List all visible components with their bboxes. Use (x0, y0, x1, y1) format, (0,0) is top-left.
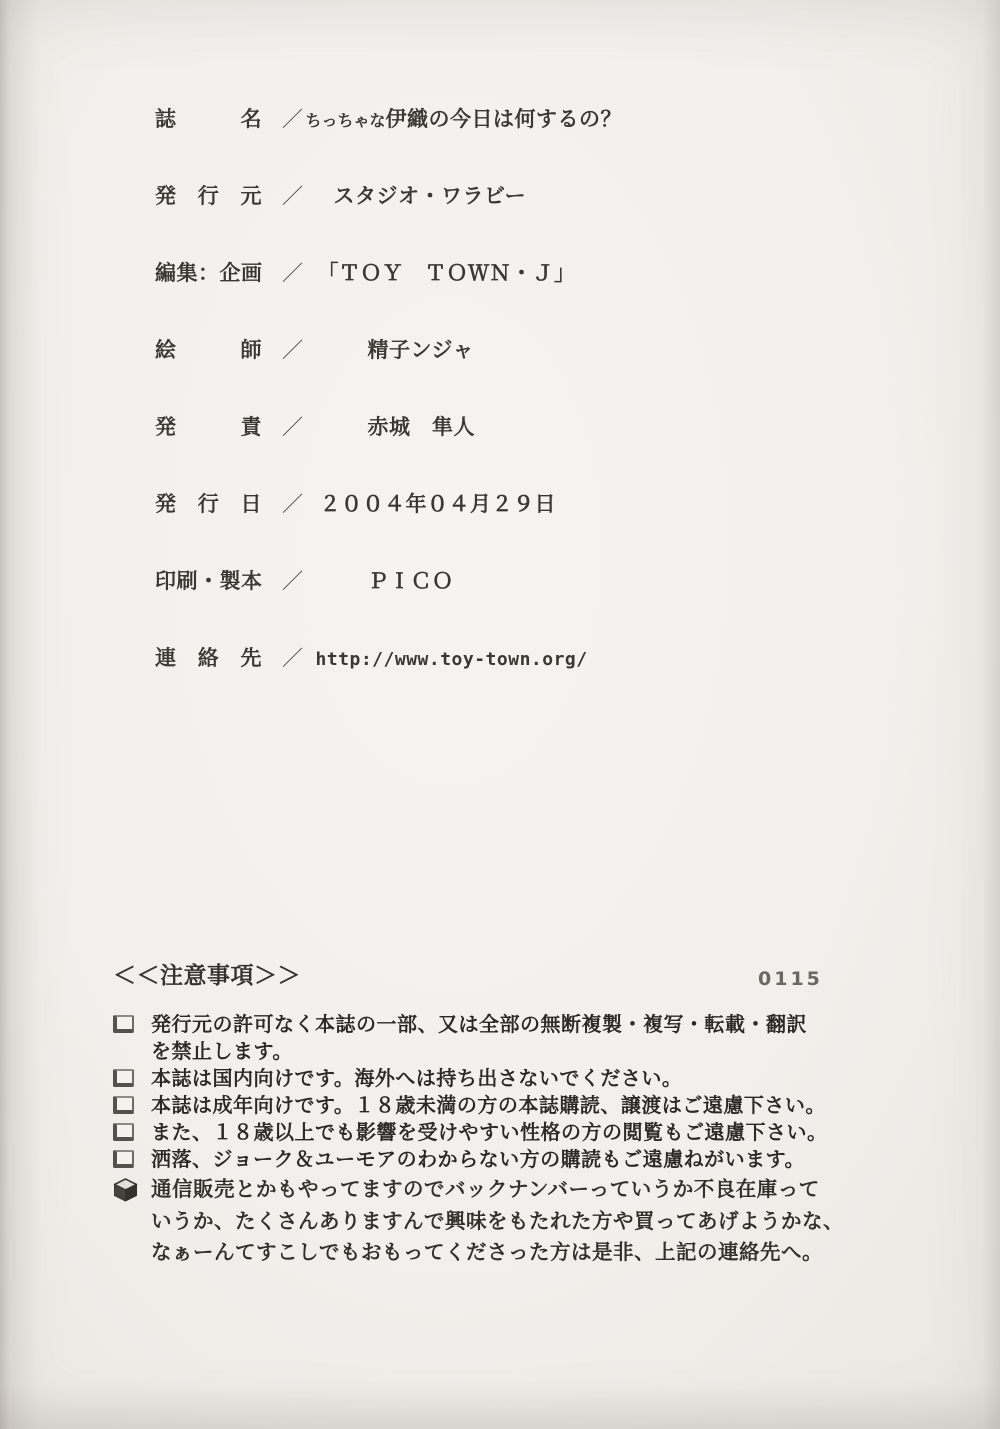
notice-item-mailorder: 通信販売とかもやってますのでバックナンバーっていうか不良在庫って いうか、たくさ… (113, 1174, 883, 1269)
scanned-colophon-page: 誌名 ／ ちっちゃな伊織の今日は何するの？ 発行元 ／ スタジオ・ワラビー 編集… (0, 0, 1000, 1429)
title-prefix: ちっちゃな (306, 111, 386, 130)
slash-separator: ／ (282, 565, 304, 595)
checkbox-icon (113, 1015, 134, 1033)
colophon-row-artist: 絵師 ／ 精子ンジャ (155, 334, 622, 358)
notice-text: また、１８歳以上でも影響を受けやすい性格の方の閲覧もご遠慮下さい。 (151, 1120, 863, 1147)
checkbox-icon (113, 1150, 134, 1168)
responsible-name: 赤城 隼人 (304, 411, 476, 441)
slash-separator: ／ (282, 488, 304, 518)
editing-group: 「ＴＯＹ ＴＯＷＮ・Ｊ」 (304, 257, 576, 287)
colophon-row-printer: 印刷・製本 ／ ＰＩＣＯ (155, 565, 622, 589)
colophon-label: 誌名 (155, 103, 262, 133)
checkbox-icon (113, 1069, 134, 1087)
checkbox-icon (113, 1123, 134, 1141)
colophon-block: 誌名 ／ ちっちゃな伊織の今日は何するの？ 発行元 ／ スタジオ・ワラビー 編集… (155, 103, 622, 719)
slash-separator: ／ (282, 642, 304, 672)
notice-text: 発行元の許可なく本誌の一部、又は全部の無断複製・複写・転載・翻訳 を禁止します。 (151, 1012, 863, 1066)
colophon-label: 連絡先 (155, 642, 262, 672)
notice-item: 本誌は国内向けです。海外へは持ち出さないでください。 (113, 1066, 883, 1093)
checkbox-icon (113, 1096, 134, 1114)
slash-separator: ／ (282, 257, 304, 287)
colophon-label: 発行日 (155, 488, 262, 518)
publisher-name: スタジオ・ワラビー (304, 180, 527, 210)
notice-text: 本誌は国内向けです。海外へは持ち出さないでください。 (151, 1066, 863, 1093)
magazine-title: ちっちゃな伊織の今日は何するの？ (304, 103, 623, 133)
slash-separator: ／ (282, 411, 304, 441)
colophon-label: 発行元 (155, 180, 262, 210)
notice-item: 洒落、ジョーク＆ユーモアのわからない方の購読もご遠慮ねがいます。 (113, 1147, 883, 1174)
colophon-label: 編集：企画 (155, 257, 262, 287)
notice-list: 発行元の許可なく本誌の一部、又は全部の無断複製・複写・転載・翻訳 を禁止します。… (113, 1012, 883, 1269)
notice-item: また、１８歳以上でも影響を受けやすい性格の方の閲覧もご遠慮下さい。 (113, 1120, 883, 1147)
colophon-row-title: 誌名 ／ ちっちゃな伊織の今日は何するの？ (155, 103, 622, 127)
notice-text: 洒落、ジョーク＆ユーモアのわからない方の購読もご遠慮ねがいます。 (151, 1147, 863, 1174)
slash-separator: ／ (282, 180, 304, 210)
notice-text: 通信販売とかもやってますのでバックナンバーっていうか不良在庫って いうか、たくさ… (151, 1174, 863, 1269)
colophon-row-pubdate: 発行日 ／ ２００４年０４月２９日 (155, 488, 622, 512)
colophon-label: 絵師 (155, 334, 262, 364)
page-number: 0115 (758, 968, 823, 990)
colophon-row-contact: 連絡先 ／ http://www.toy-town.org/ (155, 642, 622, 666)
printer-name: ＰＩＣＯ (304, 565, 454, 595)
colophon-row-responsible: 発責 ／ 赤城 隼人 (155, 411, 622, 435)
publication-date: ２００４年０４月２９日 (304, 488, 557, 518)
cube-icon (113, 1178, 138, 1202)
notice-item: 発行元の許可なく本誌の一部、又は全部の無断複製・複写・転載・翻訳 を禁止します。 (113, 1012, 883, 1066)
notice-block: ＜＜注意事項＞＞ 0115 発行元の許可なく本誌の一部、又は全部の無断複製・複写… (113, 961, 883, 1269)
slash-separator: ／ (282, 103, 304, 133)
slash-separator: ／ (282, 334, 304, 364)
notice-text: 本誌は成年向けです。１８歳未満の方の本誌購読、譲渡はご遠慮下さい。 (151, 1093, 863, 1120)
colophon-row-publisher: 発行元 ／ スタジオ・ワラビー (155, 180, 622, 204)
contact-url: http://www.toy-town.org/ (304, 649, 588, 670)
colophon-label: 発責 (155, 411, 262, 441)
colophon-label: 印刷・製本 (155, 565, 262, 595)
artist-name: 精子ンジャ (304, 334, 475, 364)
colophon-row-editing: 編集：企画 ／ 「ＴＯＹ ＴＯＷＮ・Ｊ」 (155, 257, 622, 281)
notice-item: 本誌は成年向けです。１８歳未満の方の本誌購読、譲渡はご遠慮下さい。 (113, 1093, 883, 1120)
title-main: 伊織の今日は何するの？ (386, 107, 623, 131)
